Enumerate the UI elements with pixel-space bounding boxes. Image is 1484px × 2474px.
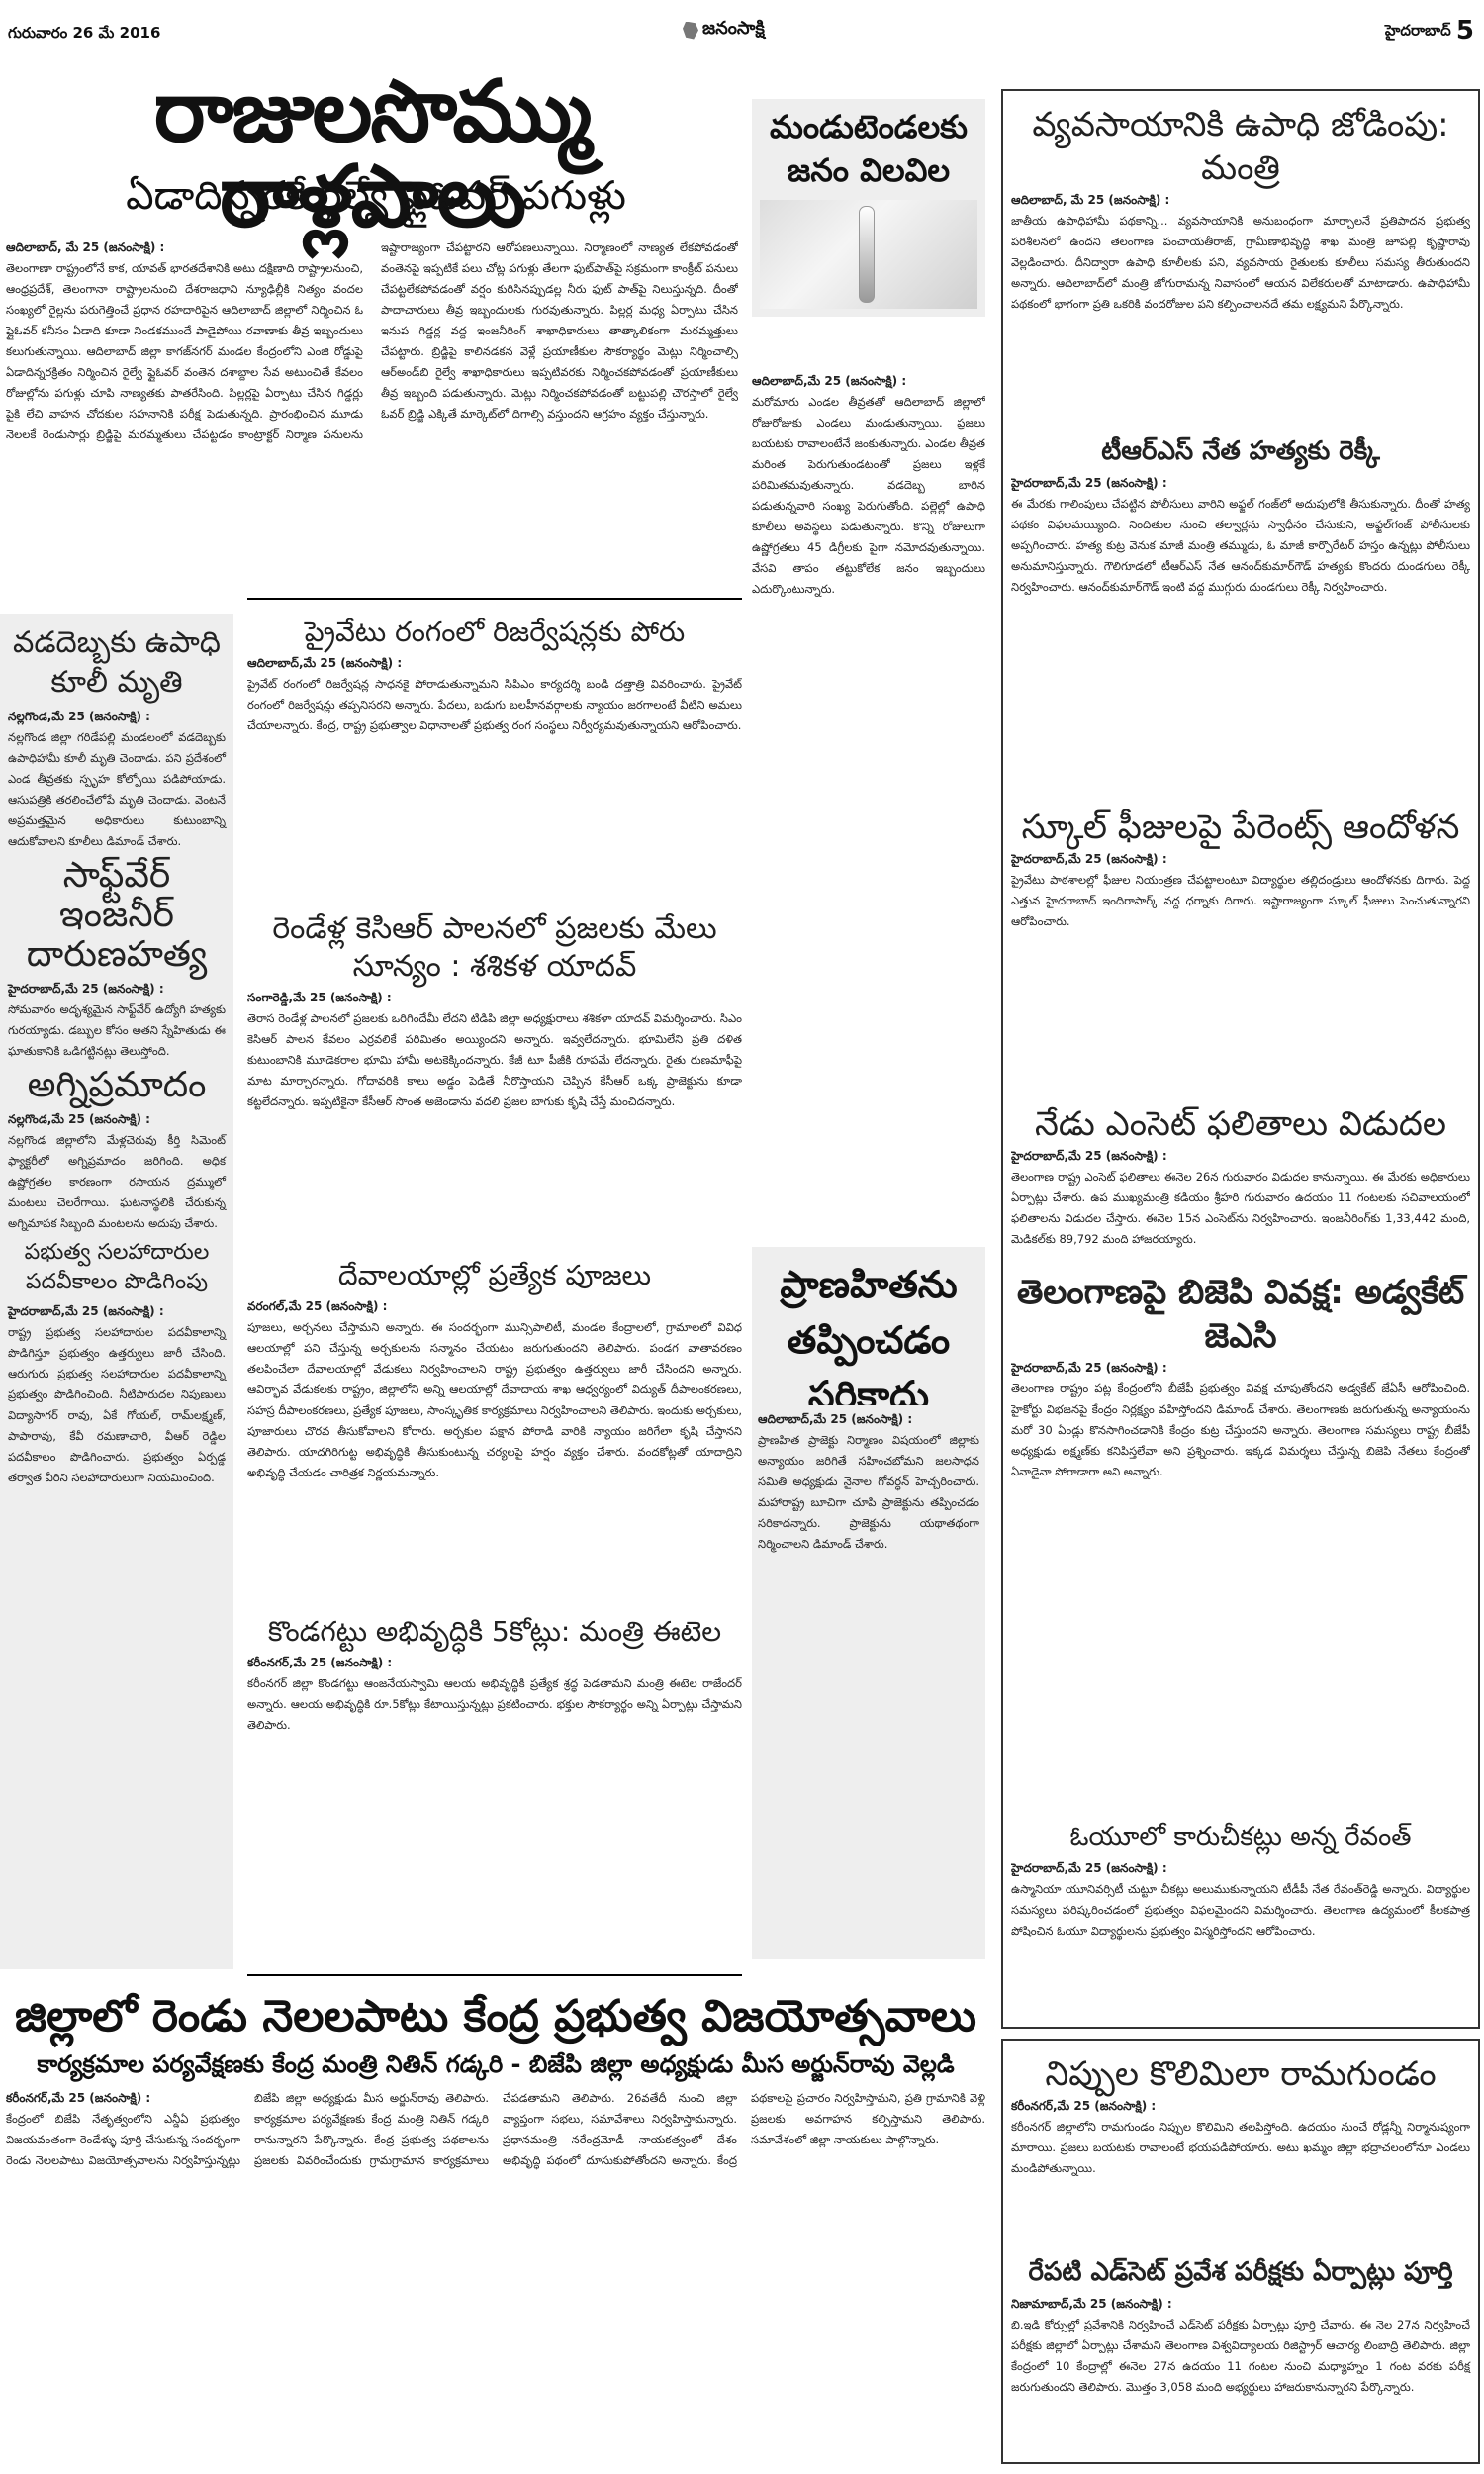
- right-article: నేడు ఎంసెట్ ఫలితాలు విడుదల హైదరాబాద్,మే …: [1011, 1096, 1470, 1265]
- article-title: కొండగట్టు అభివృద్ధికి 5కోట్లు: మంత్రి ఈట…: [247, 1613, 742, 1651]
- article-dateline: హైదరాబాద్,మే 25 (జనంసాక్షి) :: [1011, 1858, 1470, 1879]
- article-dateline: నల్లగొండ,మే 25 (జనంసాక్షి) :: [8, 1109, 226, 1130]
- logo-text: జనంసాక్షి: [702, 18, 765, 43]
- left-article: వడదెబ్బకు ఉపాధి కూలీ మృతి నల్లగొండ,మే 25…: [8, 623, 226, 852]
- article-body: కరీంనగర్ జిల్లాలోని రామగుండం నిప్పుల కొల…: [1011, 2117, 1470, 2179]
- article-dateline: కరీంనగర్,మే 25 (జనంసాక్షి) :: [1011, 2096, 1470, 2117]
- article-dateline: హైదరాబాద్,మే 25 (జనంసాక్షి) :: [1011, 473, 1470, 494]
- article-title: వడదెబ్బకు ఉపాధి కూలీ మృతి: [8, 623, 226, 703]
- article-title: అగ్నిప్రమాదం: [8, 1066, 226, 1105]
- article-title: దేవాలయాల్లో ప్రత్యేక పూజలు: [247, 1257, 742, 1294]
- article-title: టీఆర్ఎస్ నేత హత్యకు రెక్కీ: [1011, 429, 1470, 473]
- article-body: జాతీయ ఉపాధిహామీ పథకాన్ని... వ్యవసాయానికి…: [1011, 211, 1470, 315]
- article-title: నేడు ఎంసెట్ ఫలితాలు విడుదల: [1011, 1102, 1470, 1146]
- right-article: ఓయూలో కారుచీకట్లు అన్న రేవంత్ హైదరాబాద్,…: [1011, 1809, 1470, 2017]
- divider: [247, 598, 742, 600]
- article-dateline: ఆదిలాబాద్, మే 25 (జనంసాక్షి) :: [1011, 190, 1470, 211]
- thermometer-photo: [760, 200, 977, 309]
- article-dateline: నిజామాబాద్,మే 25 (జనంసాక్షి) :: [1011, 2294, 1470, 2315]
- mid-article: దేవాలయాల్లో ప్రత్యేక పూజలు వరంగల్,మే 25 …: [247, 1257, 742, 1613]
- mid-article: ప్రైవేటు రంగంలో రిజర్వేషన్లకు పోరు ఆదిలా…: [247, 614, 742, 910]
- heat-feature-box: మండుటెండలకు జనం విలవిల: [752, 99, 985, 317]
- left-column: వడదెబ్బకు ఉపాధి కూలీ మృతి నల్లగొండ,మే 25…: [0, 614, 233, 1969]
- lead-subheadline: ఏడాదిన్నరకే రైల్వే ఫ్లైఓవర్ పగుళ్లు: [10, 173, 742, 229]
- article-body: తెలంగాణ రాష్ట్రం పట్ల కేంద్రంలోని బీజేపీ…: [1011, 1379, 1470, 1482]
- mid-article: రెండేళ్ల కెసిఆర్ పాలనలో ప్రజలకు మేలు సూన…: [247, 910, 742, 1257]
- article-body: రాష్ట్ర ప్రభుత్వ సలహాదారుల పదవీకాలాన్ని …: [8, 1322, 226, 1488]
- heat-dateline: ఆదిలాబాద్,మే 25 (జనంసాక్షి) :: [752, 371, 985, 392]
- heat-title-line1: మండుటెండలకు: [752, 105, 985, 148]
- article-dateline: హైదరాబాద్,మే 25 (జనంసాక్షి) :: [1011, 849, 1470, 870]
- right-article: టీఆర్ఎస్ నేత హత్యకు రెక్కీ హైదరాబాద్,మే …: [1011, 424, 1470, 800]
- article-title: ప్రైవేటు రంగంలో రిజర్వేషన్లకు పోరు: [247, 614, 742, 651]
- article-body: ప్రైవేట్ రంగంలో రిజర్వేషన్ల సాధనకై పోరాడ…: [247, 674, 742, 736]
- article-dateline: హైదరాబాద్,మే 25 (జనంసాక్షి) :: [8, 1301, 226, 1322]
- article-body: తెరాస రెండేళ్ల పాలనలో ప్రజలకు ఒరిగిందేమీ…: [247, 1008, 742, 1112]
- article-body: నల్లగొండ జిల్లా గరిడేపల్లి మండలంలో వడదెబ…: [8, 727, 226, 852]
- right-article: స్కూల్ ఫీజులపై పేరెంట్స్ ఆందోళన హైదరాబాద…: [1011, 800, 1470, 1096]
- right-article: వ్యవసాయానికి ఉపాధి జోడింపు: మంత్రి ఆదిలా…: [1011, 97, 1470, 424]
- divider: [247, 1974, 742, 1976]
- right-bottom-article: నిప్పుల కొలిమిలా రామగుండం కరీంనగర్,మే 25…: [1011, 2046, 1470, 2244]
- article-dateline: హైదరాబాద్,మే 25 (జనంసాక్షి) :: [1011, 1146, 1470, 1167]
- pranahita-title-line1: ప్రాణహితను: [752, 1257, 985, 1312]
- article-title: వ్యవసాయానికి ఉపాధి జోడింపు: మంత్రి: [1011, 103, 1470, 190]
- masthead: గురువారం 26 మే 2016 జనంసాక్షి హైదరాబాద్ …: [0, 0, 1484, 59]
- article-dateline: కరీంనగర్,మే 25 (జనంసాక్షి) :: [247, 1653, 742, 1673]
- bottom-lead-subheadline: కార్యక్రమాల పర్యవేక్షణకు కేంద్ర మంత్రి న…: [6, 2050, 985, 2084]
- issue-date: గురువారం 26 మే 2016: [8, 24, 160, 46]
- article-title: తెలంగాణపై బిజెపి వివక్ష: అడ్వకేట్ జెఎసి: [1011, 1271, 1470, 1358]
- article-title: సాఫ్ట్‌వేర్ ఇంజనీర్ దారుణహత్య: [8, 856, 226, 975]
- article-dateline: వరంగల్,మే 25 (జనంసాక్షి) :: [247, 1296, 742, 1317]
- page-number: 5: [1456, 16, 1474, 46]
- article-body: నల్లగొండ జిల్లాలోని మేళ్లచెరువు కీర్తి స…: [8, 1130, 226, 1234]
- heat-title: మండుటెండలకు జనం విలవిల: [752, 99, 985, 192]
- article-dateline: ఆదిలాబాద్,మే 25 (జనంసాక్షి) :: [247, 653, 742, 674]
- right-bottom-box: నిప్పుల కొలిమిలా రామగుండం కరీంనగర్,మే 25…: [1001, 2039, 1480, 2464]
- bottom-lead-article: కరీంనగర్,మే 25 (జనంసాక్షి) : కేంద్రంలో బ…: [6, 2088, 985, 2464]
- telangana-map-icon: [683, 22, 698, 40]
- lead-dateline: ఆదిలాబాద్, మే 25 (జనంసాక్షి) :: [6, 238, 363, 258]
- article-title: స్కూల్ ఫీజులపై పేరెంట్స్ ఆందోళన: [1011, 806, 1470, 849]
- article-body: సోమవారం అదృశ్యమైన సాఫ్ట్‌వేర్ ఉద్యోగి హత…: [8, 999, 226, 1062]
- mid-article: కొండగట్టు అభివృద్ధికి 5కోట్లు: మంత్రి ఈట…: [247, 1613, 742, 1959]
- article-title: రెండేళ్ల కెసిఆర్ పాలనలో ప్రజలకు మేలు సూన…: [247, 910, 742, 986]
- article-body: తెలంగాణ రాష్ట్ర ఎంసెట్ ఫలితాలు ఈనెల 26న …: [1011, 1167, 1470, 1250]
- right-bottom-article: రేపటి ఎడ్‌సెట్ ప్రవేశ పరీక్షకు ఏర్పాట్లు…: [1011, 2250, 1470, 2398]
- article-title: ఓయూలో కారుచీకట్లు అన్న రేవంత్: [1011, 1815, 1470, 1858]
- article-title: నిప్పుల కొలిమిలా రామగుండం: [1011, 2052, 1470, 2096]
- article-dateline: హైదరాబాద్,మే 25 (జనంసాక్షి) :: [8, 979, 226, 999]
- bottom-dateline: కరీంనగర్,మే 25 (జనంసాక్షి) :: [6, 2088, 240, 2109]
- heat-body: మరోమారు ఎండల తీవ్రతతో ఆదిలాబాద్ జిల్లాలో…: [752, 392, 985, 600]
- article-body: బి.ఇడి కోర్సుల్లో ప్రవేశానికి నిర్వహించే…: [1011, 2315, 1470, 2398]
- article-body: ఉస్మానియా యూనివర్సిటీ చుట్టూ చీకట్లు అలు…: [1011, 1879, 1470, 1942]
- newspaper-logo: జనంసాక్షి: [683, 18, 765, 43]
- article-dateline: నల్లగొండ,మే 25 (జనంసాక్షి) :: [8, 707, 226, 727]
- article-body: కరీంనగర్ జిల్లా కొండగట్టు ఆంజనేయస్వామి ఆ…: [247, 1673, 742, 1736]
- bottom-lead-headline: జిల్లాలో రెండు నెలలపాటు కేంద్ర ప్రభుత్వ …: [6, 1989, 985, 2045]
- heat-title-line2: జనం విలవిల: [752, 148, 985, 192]
- page-info: హైదరాబాద్ 5: [1385, 16, 1474, 46]
- pranahita-body: ప్రాణహిత ప్రాజెక్టు నిర్మాణం విషయంలో జిల…: [758, 1430, 979, 1555]
- heat-article: ఆదిలాబాద్,మే 25 (జనంసాక్షి) : మరోమారు ఎం…: [752, 371, 985, 1371]
- left-article: సాఫ్ట్‌వేర్ ఇంజనీర్ దారుణహత్య హైదరాబాద్,…: [8, 856, 226, 1062]
- article-title: పభుత్వ సలహాదారుల పదవీకాలం పొడిగింపు: [8, 1238, 226, 1297]
- lead-body: తెలంగాణా రాష్ట్రంలోనే కాక, యావత్ భారతదేశ…: [6, 238, 738, 445]
- article-body: పూజలు, అర్చనలు చేస్తామని అన్నారు. ఈ సందర…: [247, 1317, 742, 1483]
- middle-column: ప్రైవేటు రంగంలో రిజర్వేషన్లకు పోరు ఆదిలా…: [247, 614, 742, 1969]
- pranahita-title: ప్రాణహితను తప్పించడం సరికాదు: [752, 1247, 985, 1423]
- article-title: రేపటి ఎడ్‌సెట్ ప్రవేశ పరీక్షకు ఏర్పాట్లు…: [1011, 2250, 1470, 2294]
- pranahita-title-line2: తప్పించడం: [752, 1312, 985, 1368]
- lead-article: ఆదిలాబాద్, మే 25 (జనంసాక్షి) : తెలంగాణా …: [6, 238, 738, 584]
- right-article: తెలంగాణపై బిజెపి వివక్ష: అడ్వకేట్ జెఎసి …: [1011, 1265, 1470, 1809]
- article-dateline: సంగారెడ్డి,మే 25 (జనంసాక్షి) :: [247, 988, 742, 1008]
- pranahita-dateline: ఆదిలాబాద్,మే 25 (జనంసాక్షి) :: [758, 1409, 979, 1430]
- article-body: ప్రైవేటు పాఠశాలల్లో ఫీజుల నియంత్రణ చేపట్…: [1011, 870, 1470, 932]
- pranahita-article: ఆదిలాబాద్,మే 25 (జనంసాక్షి) : ప్రాణహిత ప…: [752, 1405, 985, 1959]
- city-label: హైదరాబాద్: [1385, 22, 1451, 40]
- pranahita-title-box: ప్రాణహితను తప్పించడం సరికాదు: [752, 1247, 985, 1425]
- article-dateline: హైదరాబాద్,మే 25 (జనంసాక్షి) :: [1011, 1358, 1470, 1379]
- left-article: అగ్నిప్రమాదం నల్లగొండ,మే 25 (జనంసాక్షి) …: [8, 1066, 226, 1234]
- article-body: ఈ మేరకు గాలింపులు చేపట్టిన పోలీసులు వారి…: [1011, 494, 1470, 598]
- right-column: వ్యవసాయానికి ఉపాధి జోడింపు: మంత్రి ఆదిలా…: [1001, 89, 1480, 2029]
- left-article: పభుత్వ సలహాదారుల పదవీకాలం పొడిగింపు హైదర…: [8, 1238, 226, 1488]
